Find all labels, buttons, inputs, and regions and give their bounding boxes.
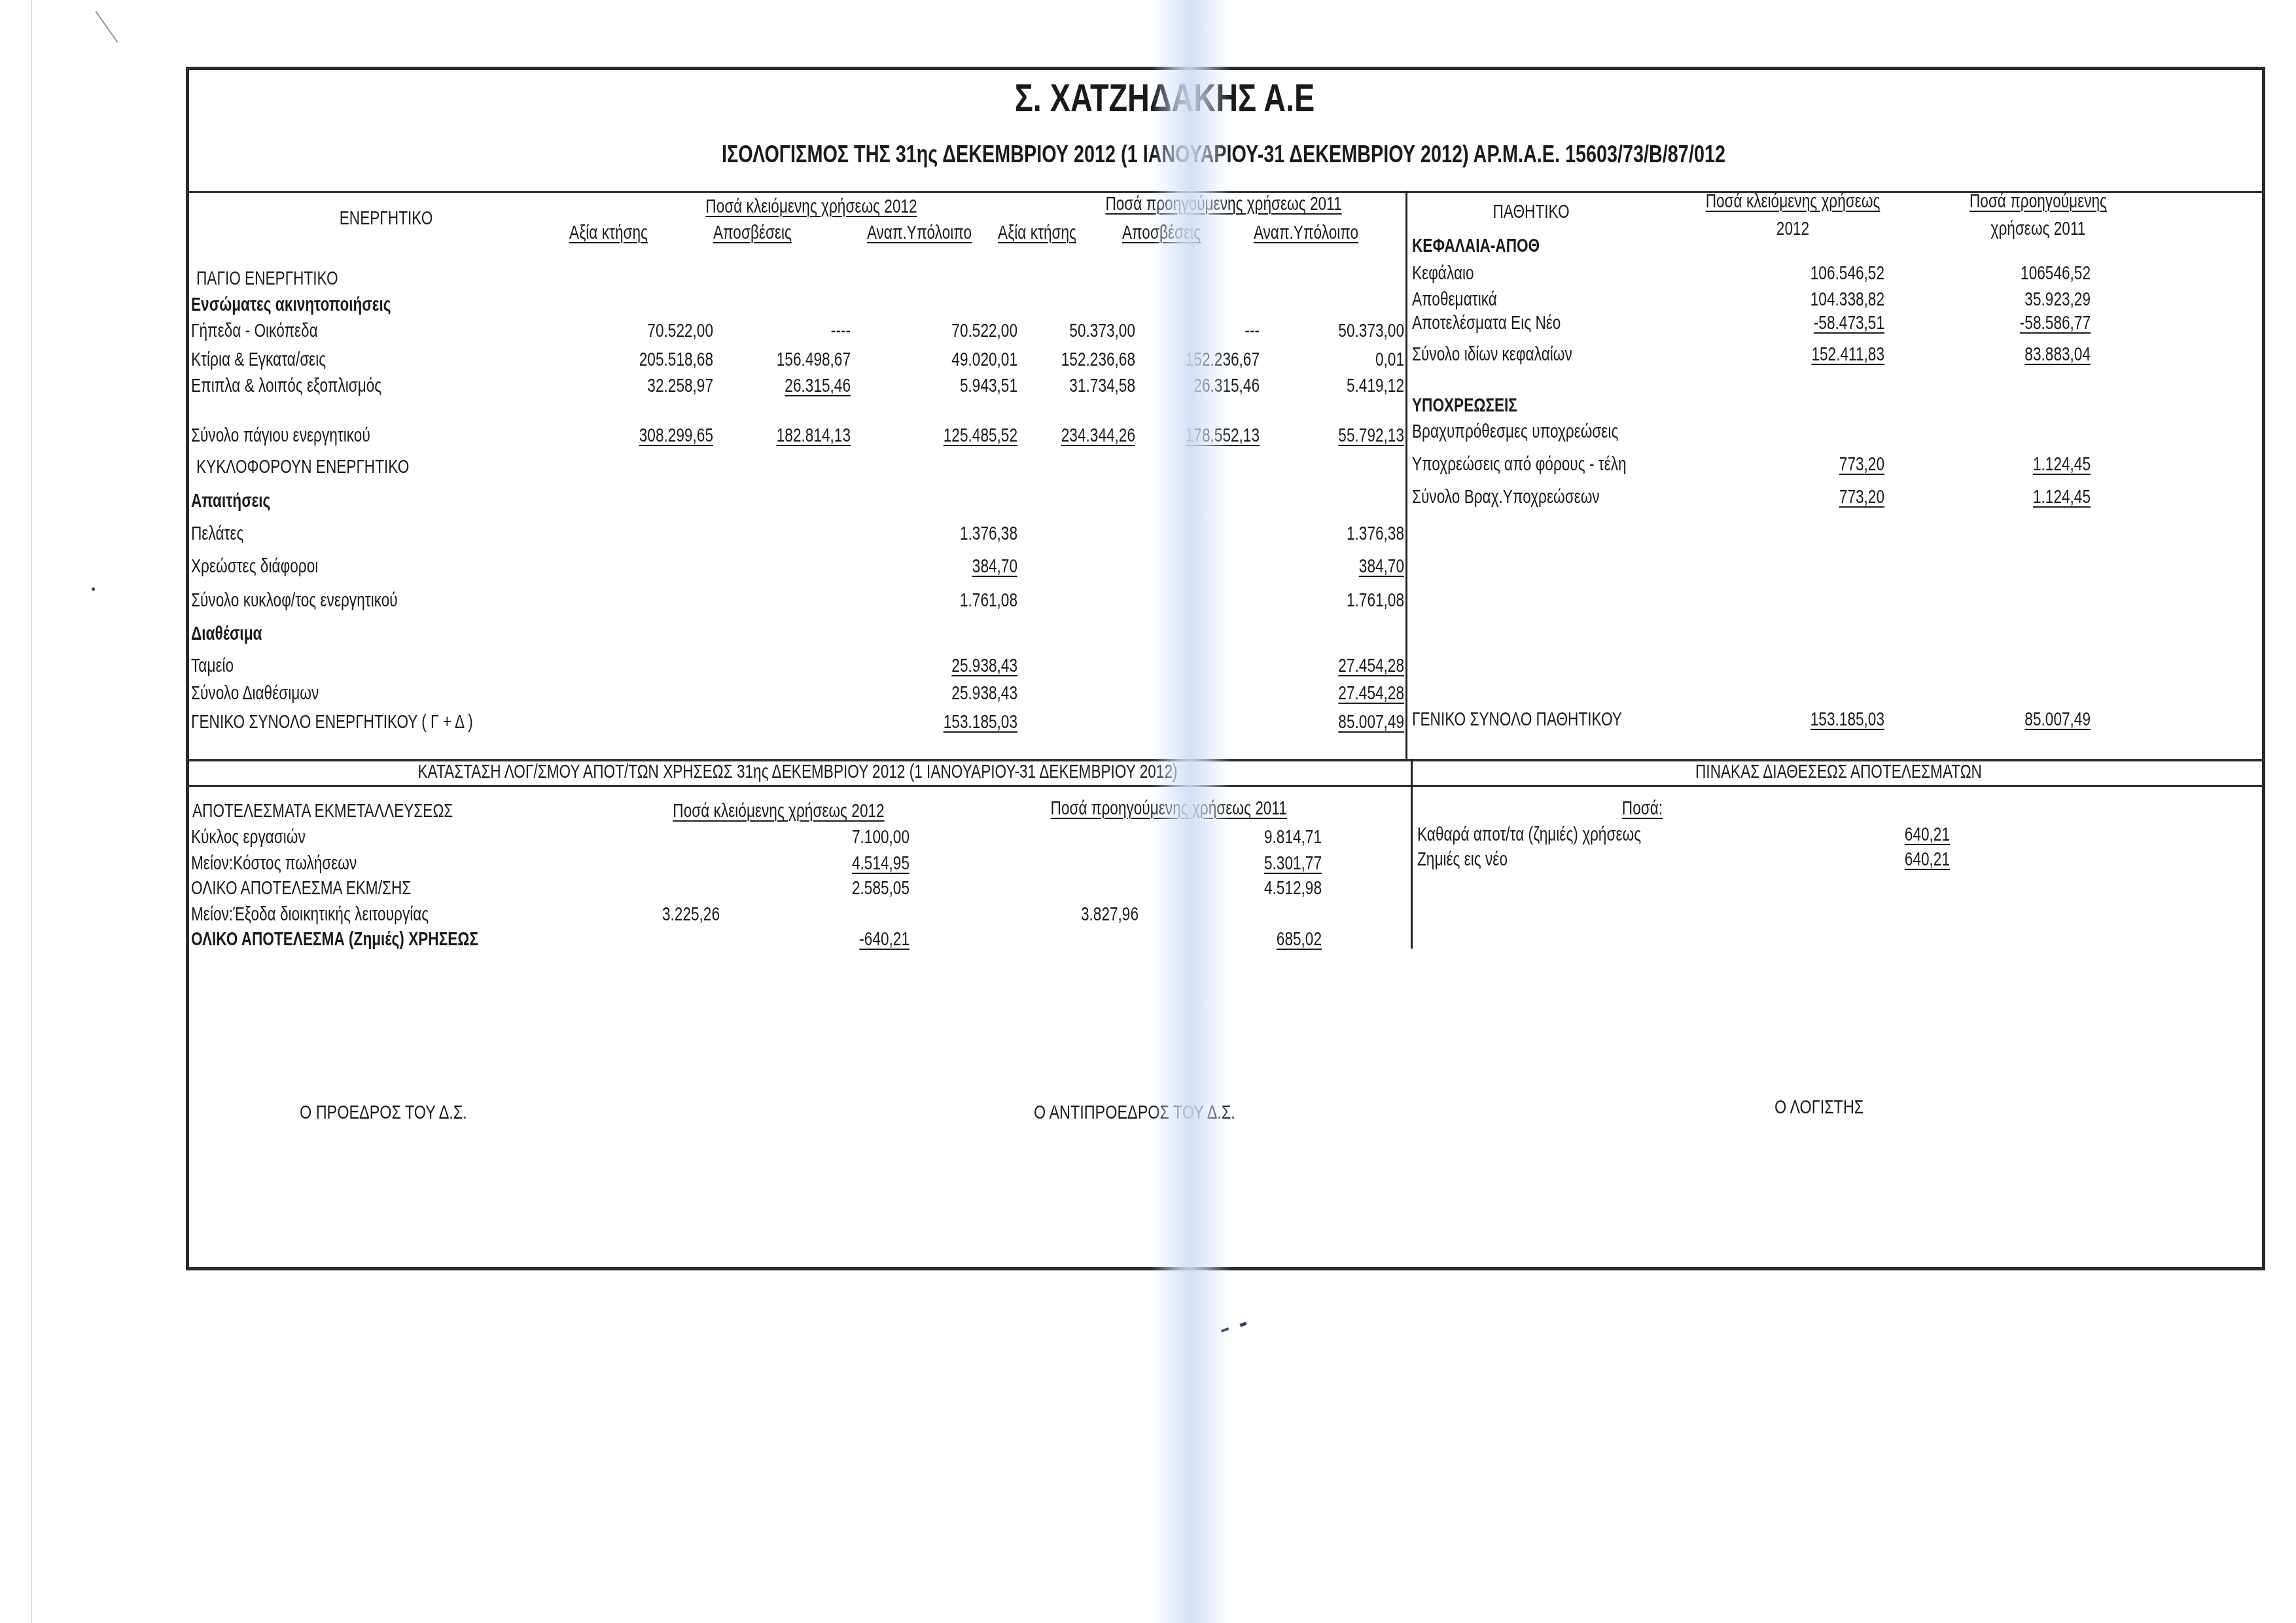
income-value-2011: 685,02	[1189, 930, 1322, 949]
asset-row-label: ΠΑΓΙΟ ΕΝΕΡΓΗΤΙΚΟ	[196, 270, 338, 288]
asset-value: 26.315,46	[718, 377, 851, 396]
asset-value: 153.185,03	[885, 713, 1017, 732]
liability-value-2011: 83.883,04	[1958, 345, 2091, 364]
scan-dot	[92, 587, 95, 591]
asset-value: 384,70	[1271, 557, 1404, 576]
liability-value-2011: 1.124,45	[1958, 455, 2091, 474]
asset-value: 205.518,68	[580, 351, 713, 370]
liability-value-2012: 773,20	[1752, 455, 1884, 474]
asset-value: 27.454,28	[1271, 684, 1404, 703]
asset-value: 32.258,97	[580, 377, 713, 396]
distribution-value: 640,21	[1817, 826, 1950, 845]
liability-row-label: Αποθεματικά	[1412, 290, 1497, 309]
company-name: Σ. ΧΑΤΖΗΔΑΚΗΣ Α.Ε	[961, 79, 1369, 118]
liability-row-label: ΚΕΦΑΛΑΙΑ-ΑΠΟΘ	[1412, 237, 1540, 256]
liability-row-label: Σύνολο ιδίων κεφαλαίων	[1412, 345, 1572, 364]
distribution-title: ΠΙΝΑΚΑΣ ΔΙΑΘΕΣΕΩΣ ΑΠΟΤΕΛΕΣΜΑΤΩΝ	[1507, 763, 2170, 782]
asset-value: 26.315,46	[1127, 377, 1260, 396]
liability-row-label: ΥΠΟΧΡΕΩΣΕΙΣ	[1412, 396, 1517, 415]
asset-column-header: Αναπ.Υπόλοιπο	[1229, 224, 1383, 243]
asset-value: 70.522,00	[580, 322, 713, 341]
liability-value-2011: -58.586,77	[1958, 314, 2091, 333]
income-value-2012: -640,21	[777, 930, 910, 949]
liability-row-label: ΓΕΝΙΚΟ ΣΥΝΟΛΟ ΠΑΘΗΤΙΚΟΥ	[1412, 710, 1622, 729]
asset-column-header: Αξία κτήσης	[532, 224, 685, 243]
income-value-2011: 9.814,71	[1189, 828, 1322, 847]
asset-value: 152.236,68	[1002, 351, 1135, 370]
document-frame	[186, 67, 2265, 1270]
liability-value-2011: 106546,52	[1958, 264, 2091, 283]
balance-sheet-title: ΙΣΟΛΟΓΙΣΜΟΣ ΤΗΣ 31ης ΔΕΚΕΜΒΡΙΟΥ 2012 (1 …	[391, 143, 2056, 166]
scan-speck	[1221, 1327, 1229, 1333]
liabilities-heading: ΠΑΘΗΤΙΚΟ	[1455, 203, 1608, 222]
asset-value: 178.552,13	[1127, 427, 1260, 445]
liability-row-label: Κεφάλαιο	[1412, 264, 1474, 283]
asset-value: ---	[1127, 322, 1260, 341]
liability-value-2012: -58.473,51	[1752, 314, 1884, 333]
liability-value-2012: 106.546,52	[1752, 264, 1884, 283]
asset-value: 308.299,65	[580, 427, 713, 445]
assets-heading: ΕΝΕΡΓΗΤΙΚΟ	[309, 209, 463, 228]
asset-value: 125.485,52	[885, 427, 1017, 445]
income-row-label: Μείον:Κόστος πωλήσεων	[191, 854, 357, 873]
scan-mark	[96, 11, 118, 43]
asset-value: 25.938,43	[885, 657, 1017, 676]
divider-line	[189, 191, 2263, 193]
distribution-row-label: Ζημιές εις νέο	[1417, 850, 1508, 869]
asset-row-label: Κτίρια & Εγκατα/σεις	[191, 351, 326, 370]
income-value-2012: 4.514,95	[777, 854, 910, 873]
income-statement-heading: ΑΠΟΤΕΛΕΣΜΑΤΑ ΕΚΜΕΤΑΛΛΕΥΣΕΩΣ	[192, 802, 453, 821]
liability-value-2012: 152.411,83	[1752, 345, 1884, 364]
asset-row-label: ΓΕΝΙΚΟ ΣΥΝΟΛΟ ΕΝΕΡΓΗΤΙΚΟΥ ( Γ + Δ )	[191, 713, 473, 732]
asset-value: 5.419,12	[1271, 377, 1404, 396]
asset-value: 31.734,58	[1002, 377, 1135, 396]
asset-value: 0,01	[1271, 351, 1404, 370]
asset-column-header: Αποσβέσεις	[1085, 224, 1238, 243]
asset-row-label: Επιπλα & λοιπός εξοπλισμός	[191, 377, 381, 396]
income-value-2011: 5.301,77	[1189, 854, 1322, 873]
income-row-label: Κύκλος εργασιών	[191, 828, 306, 847]
distribution-row-label: Καθαρά αποτ/τα (ζημιές) χρήσεως	[1417, 826, 1641, 845]
income-value-2011: 4.512,98	[1189, 879, 1322, 898]
distribution-value: 640,21	[1817, 850, 1950, 869]
income-row-label: ΟΛΙΚΟ ΑΠΟΤΕΛΕΣΜΑ (Ζημιές) ΧΡΗΣΕΩΣ	[191, 930, 478, 949]
column-divider	[1411, 759, 1413, 949]
asset-row-label: Ενσώματες ακινητοποιήσεις	[191, 296, 391, 315]
asset-value: 156.498,67	[718, 351, 851, 370]
signature-vice-chairman: Ο ΑΝΤΙΠΡΟΕΔΡΟΣ ΤΟΥ Δ.Σ.	[1034, 1103, 1235, 1123]
asset-row-label: ΚΥΚΛΟΦΟΡΟΥΝ ΕΝΕΡΓΗΤΙΚΟ	[196, 458, 409, 477]
liabilities-col-2011-line1: Ποσά προηγούμενης	[1954, 192, 2122, 211]
liabilities-col-2011-line2: χρήσεως 2011	[1954, 220, 2122, 239]
asset-row-label: Σύνολο κυκλοφ/τος ενεργητικού	[191, 591, 398, 610]
asset-row-label: Χρεώστες διάφοροι	[191, 557, 318, 576]
asset-value: 85.007,49	[1271, 713, 1404, 732]
income-value-2012: 7.100,00	[777, 828, 910, 847]
distribution-amounts-label: Ποσά:	[1606, 799, 1678, 818]
liability-value-2011: 35.923,29	[1958, 290, 2091, 309]
asset-value: ----	[718, 322, 851, 341]
asset-value: 49.020,01	[885, 351, 1017, 370]
liabilities-col-2012-line1: Ποσά κλειόμενης χρήσεως	[1696, 192, 1890, 211]
income-subvalue-2011: 3.827,96	[1006, 905, 1139, 924]
scan-edge-line	[31, 0, 32, 1623]
asset-value: 1.376,38	[1271, 525, 1404, 544]
income-row-label: Μείον:Έξοδα διοικητικής λειτουργίας	[191, 905, 429, 924]
assets-group-2011: Ποσά προηγούμενης χρήσεως 2011	[1065, 195, 1382, 214]
income-statement-title: ΚΑΤΑΣΤΑΣΗ ΛΟΓ/ΣΜΟΥ ΑΠΟΤ/ΤΩΝ ΧΡΗΣΕΩΣ 31ης…	[323, 763, 1273, 782]
asset-row-label: Απαιτήσεις	[191, 492, 270, 511]
asset-value: 234.344,26	[1002, 427, 1135, 445]
liability-value-2011: 85.007,49	[1958, 710, 2091, 729]
asset-row-label: Ταμείο	[191, 657, 234, 676]
income-value-2012: 2.585,05	[777, 879, 910, 898]
income-col-2012: Ποσά κλειόμενης χρήσεως 2012	[671, 802, 886, 821]
asset-row-label: Γήπεδα - Οικόπεδα	[191, 322, 318, 341]
signature-chairman: Ο ΠΡΟΕΔΡΟΣ ΤΟΥ Δ.Σ.	[300, 1103, 467, 1123]
assets-group-2012: Ποσά κλειόμενης χρήσεως 2012	[653, 198, 970, 217]
asset-value: 70.522,00	[885, 322, 1017, 341]
asset-value: 384,70	[885, 557, 1017, 576]
liability-row-label: Σύνολο Βραχ.Υποχρεώσεων	[1412, 488, 1600, 507]
asset-value: 182.814,13	[718, 427, 851, 445]
divider-line	[189, 785, 2263, 787]
asset-value: 50.373,00	[1271, 322, 1404, 341]
asset-value: 1.761,08	[885, 591, 1017, 610]
asset-value: 25.938,43	[885, 684, 1017, 703]
income-subvalue-2012: 3.225,26	[587, 905, 720, 924]
income-col-2011: Ποσά προηγούμενης χρήσεως 2011	[1051, 799, 1286, 818]
asset-value: 1.376,38	[885, 525, 1017, 544]
liability-value-2011: 1.124,45	[1958, 488, 2091, 507]
asset-value: 5.943,51	[885, 377, 1017, 396]
asset-value: 1.761,08	[1271, 591, 1404, 610]
asset-row-label: Σύνολο πάγιου ενεργητικού	[191, 427, 370, 445]
liability-row-label: Βραχυπρόθεσμες υποχρεώσεις	[1412, 423, 1618, 442]
asset-row-label: Πελάτες	[191, 525, 243, 544]
liability-value-2012: 773,20	[1752, 488, 1884, 507]
asset-column-header: Αποσβέσεις	[676, 224, 829, 243]
asset-value: 55.792,13	[1271, 427, 1404, 445]
asset-value: 152.236,67	[1127, 351, 1260, 370]
column-divider	[1405, 191, 1407, 760]
income-row-label: ΟΛΙΚΟ ΑΠΟΤΕΛΕΣΜΑ ΕΚΜ/ΣΗΣ	[191, 879, 411, 898]
liability-value-2012: 153.185,03	[1752, 710, 1884, 729]
signature-accountant: Ο ΛΟΓΙΣΤΗΣ	[1775, 1098, 1863, 1117]
liabilities-col-2012-line2: 2012	[1696, 220, 1890, 239]
asset-value: 27.454,28	[1271, 657, 1404, 676]
asset-value: 50.373,00	[1002, 322, 1135, 341]
liability-row-label: Υποχρεώσεις από φόρους - τέλη	[1412, 455, 1627, 474]
liability-value-2012: 104.338,82	[1752, 290, 1884, 309]
liability-row-label: Αποτελέσματα Εις Νέο	[1412, 314, 1561, 333]
asset-row-label: Σύνολο Διαθέσιμων	[191, 684, 319, 703]
asset-row-label: Διαθέσιμα	[191, 625, 262, 644]
scan-speck	[1239, 1321, 1246, 1327]
